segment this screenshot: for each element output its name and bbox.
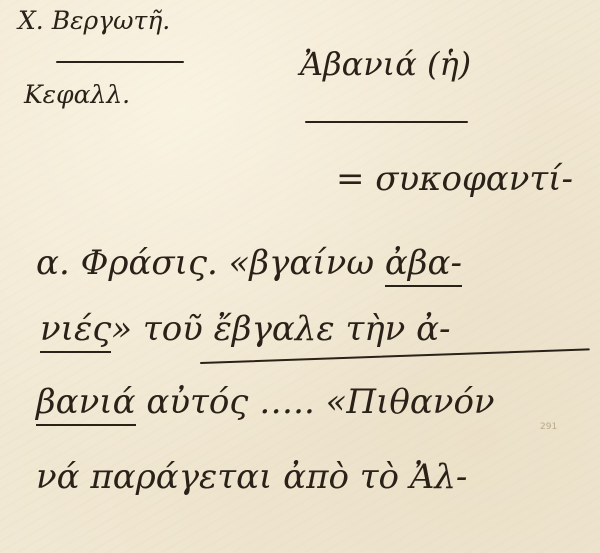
etymology-start: ….. «Πιθανόν — [248, 382, 494, 422]
author-attribution: Χ. Βεργωτῆ. — [18, 8, 170, 33]
author-underline — [56, 61, 184, 63]
phrase-text: α. Φράσις. «βγαίνω — [36, 243, 385, 283]
place-label: Κεφαλλ. — [24, 82, 130, 107]
headword-underline — [305, 121, 468, 123]
etymology-text: νά παράγεται ἀπὸ τὸ Ἀλ- — [36, 457, 467, 497]
entry-headword-line: Ἀβανιά (ἡ) — [300, 48, 471, 80]
definition-line-5: νά παράγεται ἀπὸ τὸ Ἀλ- — [36, 460, 467, 494]
phrase-continuation: τοῦ ἔβγαλε τὴν ἀ- — [143, 309, 451, 349]
gender-marker: (ἡ) — [427, 45, 471, 83]
quote-close: » — [111, 309, 143, 349]
underlined-word: βανιά — [36, 382, 136, 426]
pencil-annotation: 291 — [540, 422, 557, 432]
pronoun-text: αὐτός — [146, 382, 248, 422]
definition-line-1: = συκοφαντί- — [336, 162, 573, 196]
definition-line-3: νιές» τοῦ ἔβγαλε τὴν ἀ- — [40, 312, 451, 346]
definition-line-4: βανιά αὐτός ….. «Πιθανόν — [36, 385, 495, 419]
definition-line-2: α. Φράσις. «βγαίνω ἀβα- — [36, 246, 462, 280]
headword: Ἀβανιά — [300, 45, 417, 83]
underlined-word: νιές — [40, 309, 111, 353]
manuscript-page: Χ. Βεργωτῆ. Κεφαλλ. Ἀβανιά (ἡ) = συκοφαν… — [0, 0, 600, 553]
underlined-word: ἀβα- — [385, 243, 462, 287]
definition-text: = συκοφαντί- — [336, 159, 573, 199]
phrase-underline — [200, 348, 590, 364]
